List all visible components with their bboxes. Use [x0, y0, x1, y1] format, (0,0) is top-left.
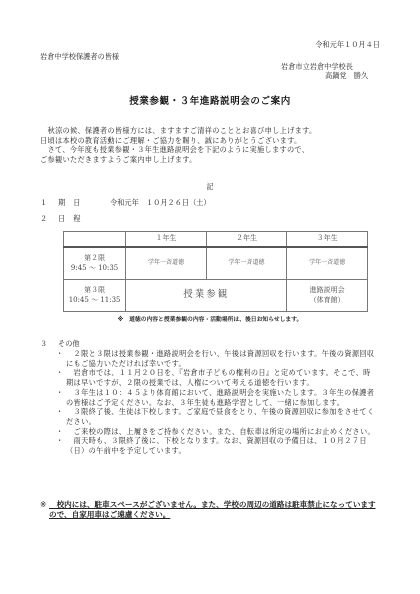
bullet-icon: ・: [56, 427, 64, 437]
table-row: 第３限 10:45 ～ 11:35 授業参観 進路説明会 （体育館）: [64, 280, 368, 312]
header-cell-grade2: ２年生: [206, 232, 287, 248]
list-item: ・ ご来校の際は、上履きをご持参ください。また、自転車は所定の場所にお止めくださ…: [58, 427, 378, 437]
activity-location: （体育館）: [287, 296, 367, 305]
list-item: ・ ３年生は１０：４５より体育館において、進路説明会を実施いたします。３年生の保…: [58, 388, 378, 407]
period-label: 第２限: [64, 254, 125, 263]
list-item-text: ご来校の際は、上履きをご持参ください。また、自転車は所定の場所にお止めください。: [66, 427, 375, 436]
period-label: 第３限: [64, 286, 125, 295]
intro-line: 秋涼の候、保護者の皆様方には、ますますご清祥のこととお喜び申し上げます。: [40, 126, 380, 136]
intro-line: ご参観いただきますようご案内申し上げます。: [40, 155, 380, 165]
header-cell-grade1: １年生: [126, 232, 207, 248]
list-item-text: 岩倉市では、１１月２０日を、『岩倉市子どもの権利の日』と定めています。そこで、時…: [66, 368, 371, 387]
header-cell-grade3: ３年生: [287, 232, 368, 248]
warning-text: 校内には、駐車スペースがございません。また、学校の周辺の道路は駐車禁止になってい…: [40, 500, 380, 520]
activity-cell: 学年一斉道徳: [287, 247, 368, 280]
sender-name: 高鍋党 勝久: [325, 71, 368, 81]
merged-activity-cell: 授業参観: [126, 280, 287, 312]
list-item: ・ ２限と３限は授業参観・進路説明会を行い、午後は資源回収を行います。午後の資源…: [58, 349, 378, 368]
item-schedule: ２日程: [40, 214, 88, 224]
activity-cell: 学年一斉道徳: [126, 247, 207, 280]
period-time: 9:45 ～ 10:35: [64, 264, 125, 273]
item-label: その他: [58, 339, 80, 348]
intro-paragraph: 秋涼の候、保護者の皆様方には、ますますご清祥のこととお喜び申し上げます。 日頃は…: [40, 126, 380, 165]
period-cell: 第２限 9:45 ～ 10:35: [64, 247, 126, 280]
table-note: ※ 道徳の内容と授業参観の内容・活動場所は、後日お知らせします。: [0, 317, 420, 325]
schedule-table: １年生 ２年生 ３年生 第２限 9:45 ～ 10:35 学年一斉道徳 学年一斉…: [63, 231, 368, 312]
activity-cell: 学年一斉道徳: [206, 247, 287, 280]
header-cell-empty: [64, 232, 126, 248]
activity-line: 進路説明会: [287, 286, 367, 295]
list-item-text: 雨天時も、３限終了後に、下校となります。なお、資源回収の予備日は、１０月２７日（…: [66, 436, 367, 455]
addressee: 岩倉中学校保護者の皆様: [40, 52, 119, 62]
document-title: 授業参観・３年進路説明会のご案内: [0, 96, 420, 109]
bullet-icon: ・: [56, 388, 64, 398]
list-item: ・ ３限終了後、生徒は下校します。ご家庭で昼食をとり、午後の資源回収に参加をさせ…: [58, 407, 378, 426]
activity-cell-grade3: 進路説明会 （体育館）: [287, 280, 368, 312]
other-notes-list: ・ ２限と３限は授業参観・進路説明会を行い、午後は資源回収を行います。午後の資源…: [58, 349, 378, 456]
list-item: ・ 岩倉市では、１１月２０日を、『岩倉市子どもの権利の日』と定めています。そこで…: [58, 368, 378, 387]
list-item-text: ２限と３限は授業参観・進路説明会を行い、午後は資源回収を行います。午後の資源回収…: [66, 349, 374, 368]
period-cell: 第３限 10:45 ～ 11:35: [64, 280, 126, 312]
table-header-row: １年生 ２年生 ３年生: [64, 232, 368, 248]
document-date: 令和元年１０月４日: [315, 40, 380, 50]
bullet-icon: ・: [56, 436, 64, 446]
bullet-icon: ・: [56, 407, 64, 417]
event-date: 令和元年 １０月２６日（土）: [110, 198, 211, 207]
period-time: 10:45 ～ 11:35: [64, 296, 125, 305]
item-label: 期日: [58, 198, 110, 208]
item-number: ２: [40, 214, 58, 224]
list-item: ・ 雨天時も、３限終了後に、下校となります。なお、資源回収の予備日は、１０月２７…: [58, 436, 378, 455]
item-label: 日程: [58, 214, 88, 223]
item-date: １期日令和元年 １０月２６日（土）: [40, 198, 211, 208]
intro-line: さて、今年度も授業参観・３年生進路説明会を下記のように実施しますので、: [40, 145, 380, 155]
list-item-text: ３年生は１０：４５より体育館において、進路説明会を実施いたします。３年生の保護者…: [66, 388, 374, 407]
list-item-text: ３限終了後、生徒は下校します。ご家庭で昼食をとり、午後の資源回収に参加をさせてく…: [66, 407, 374, 426]
ki-heading: 記: [0, 182, 420, 192]
reference-mark-icon: ※: [40, 500, 46, 510]
table-row: 第２限 9:45 ～ 10:35 学年一斉道徳 学年一斉道徳 学年一斉道徳: [64, 247, 368, 280]
bullet-icon: ・: [56, 349, 64, 359]
item-number: ３: [40, 339, 58, 349]
parking-warning: ※ 校内には、駐車スペースがございません。また、学校の周辺の道路は駐車禁止になっ…: [40, 500, 380, 520]
intro-line: 日頃は本校の教育活動にご理解・ご協力を賜り、誠にありがとうございます。: [40, 136, 380, 146]
item-other: ３その他: [40, 339, 80, 349]
bullet-icon: ・: [56, 368, 64, 378]
item-number: １: [40, 198, 58, 208]
